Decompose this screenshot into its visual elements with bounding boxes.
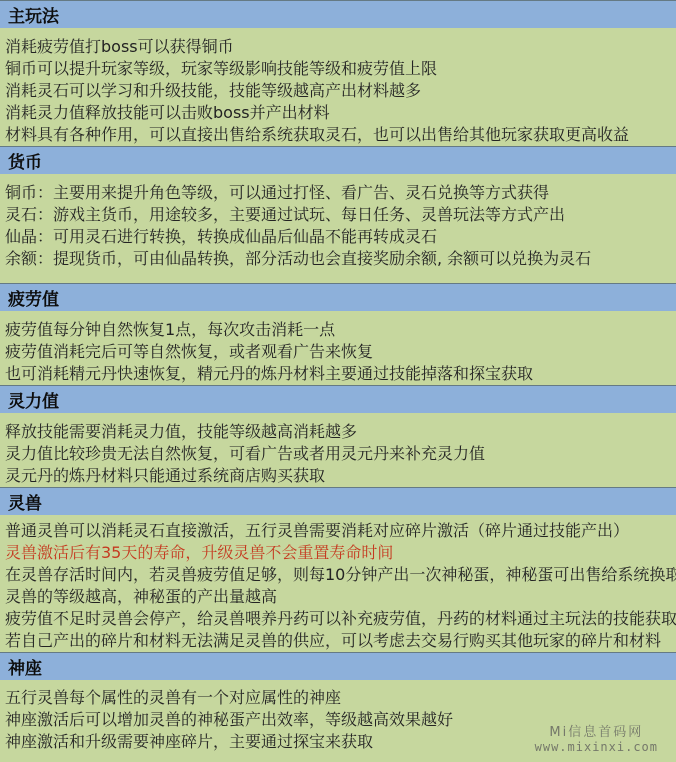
rule-line: 疲劳值不足时灵兽会停产，给灵兽喂养丹药可以补充疲劳值，丹药的材料通过主玩法的技能… [5, 608, 672, 630]
rule-line: 余额：提现货币，可由仙晶转换，部分活动也会直接奖励余额, 余额可以兑换为灵石 [5, 248, 672, 270]
rule-line: 疲劳值每分钟自然恢复1点，每次攻击消耗一点 [5, 319, 672, 341]
watermark-site-name: Mi信息首码网 [535, 725, 658, 740]
section-content: 铜币：主要用来提升角色等级，可以通过打怪、看广告、灵石兑换等方式获得灵石：游戏主… [0, 174, 676, 283]
section-header-currency: 货币 [0, 146, 676, 174]
rule-line: 材料具有各种作用，可以直接出售给系统获取灵石，也可以出售给其他玩家获取更高收益 [5, 124, 672, 146]
rule-line: 灵兽的等级越高，神秘蛋的产出量越高 [5, 586, 672, 608]
section-currency: 货币铜币：主要用来提升角色等级，可以通过打怪、看广告、灵石兑换等方式获得灵石：游… [0, 146, 676, 283]
section-content: 普通灵兽可以消耗灵石直接激活，五行灵兽需要消耗对应碎片激活（碎片通过技能产出）灵… [0, 515, 676, 652]
rule-line: 铜币：主要用来提升角色等级，可以通过打怪、看广告、灵石兑换等方式获得 [5, 182, 672, 204]
rule-line: 消耗疲劳值打boss可以获得铜币 [5, 36, 672, 58]
rule-line: 铜币可以提升玩家等级，玩家等级影响技能等级和疲劳值上限 [5, 58, 672, 80]
section-main-gameplay: 主玩法消耗疲劳值打boss可以获得铜币铜币可以提升玩家等级，玩家等级影响技能等级… [0, 0, 676, 146]
rule-line: 疲劳值消耗完后可等自然恢复，或者观看广告来恢复 [5, 341, 672, 363]
rule-line: 灵石：游戏主货币，用途较多，主要通过试玩、每日任务、灵兽玩法等方式产出 [5, 204, 672, 226]
rule-line: 仙晶：可用灵石进行转换，转换成仙晶后仙晶不能再转成灵石 [5, 226, 672, 248]
section-header-spirit-beast: 灵兽 [0, 487, 676, 515]
section-content: 疲劳值每分钟自然恢复1点，每次攻击消耗一点疲劳值消耗完后可等自然恢复，或者观看广… [0, 311, 676, 385]
section-fatigue-value: 疲劳值疲劳值每分钟自然恢复1点，每次攻击消耗一点疲劳值消耗完后可等自然恢复，或者… [0, 283, 676, 385]
rule-line: 五行灵兽每个属性的灵兽有一个对应属性的神座 [5, 687, 672, 709]
rule-line: 释放技能需要消耗灵力值，技能等级越高消耗越多 [5, 421, 672, 443]
watermark: Mi信息首码网 www.mixinxi.com [535, 725, 658, 755]
rule-line: 消耗灵石可以学习和升级技能，技能等级越高产出材料越多 [5, 80, 672, 102]
rule-line: 灵元丹的炼丹材料只能通过系统商店购买获取 [5, 465, 672, 487]
rule-line: 消耗灵力值释放技能可以击败boss并产出材料 [5, 102, 672, 124]
rule-line: 灵力值比较珍贵无法自然恢复，可看广告或者用灵元丹来补充灵力值 [5, 443, 672, 465]
rule-line: 也可消耗精元丹快速恢复，精元丹的炼丹材料主要通过技能掉落和探宝获取 [5, 363, 672, 385]
section-header-main-gameplay: 主玩法 [0, 0, 676, 28]
section-spirit-beast: 灵兽普通灵兽可以消耗灵石直接激活，五行灵兽需要消耗对应碎片激活（碎片通过技能产出… [0, 487, 676, 652]
rule-line: 灵兽激活后有35天的寿命，升级灵兽不会重置寿命时间 [5, 542, 672, 564]
section-header-spirit-power-value: 灵力值 [0, 385, 676, 413]
section-content: 消耗疲劳值打boss可以获得铜币铜币可以提升玩家等级，玩家等级影响技能等级和疲劳… [0, 28, 676, 146]
section-spirit-power-value: 灵力值释放技能需要消耗灵力值，技能等级越高消耗越多灵力值比较珍贵无法自然恢复，可… [0, 385, 676, 487]
game-rules-document: 主玩法消耗疲劳值打boss可以获得铜币铜币可以提升玩家等级，玩家等级影响技能等级… [0, 0, 676, 762]
rules-sections: 主玩法消耗疲劳值打boss可以获得铜币铜币可以提升玩家等级，玩家等级影响技能等级… [0, 0, 676, 753]
watermark-site-url: www.mixinxi.com [535, 740, 658, 755]
rule-line: 若自己产出的碎片和材料无法满足灵兽的供应，可以考虑去交易行购买其他玩家的碎片和材… [5, 630, 672, 652]
section-header-divine-seat: 神座 [0, 652, 676, 680]
rule-line: 在灵兽存活时间内，若灵兽疲劳值足够，则每10分钟产出一次神秘蛋，神秘蛋可出售给系… [5, 564, 672, 586]
section-header-fatigue-value: 疲劳值 [0, 283, 676, 311]
section-content: 释放技能需要消耗灵力值，技能等级越高消耗越多灵力值比较珍贵无法自然恢复，可看广告… [0, 413, 676, 487]
rule-line: 普通灵兽可以消耗灵石直接激活，五行灵兽需要消耗对应碎片激活（碎片通过技能产出） [5, 520, 672, 542]
